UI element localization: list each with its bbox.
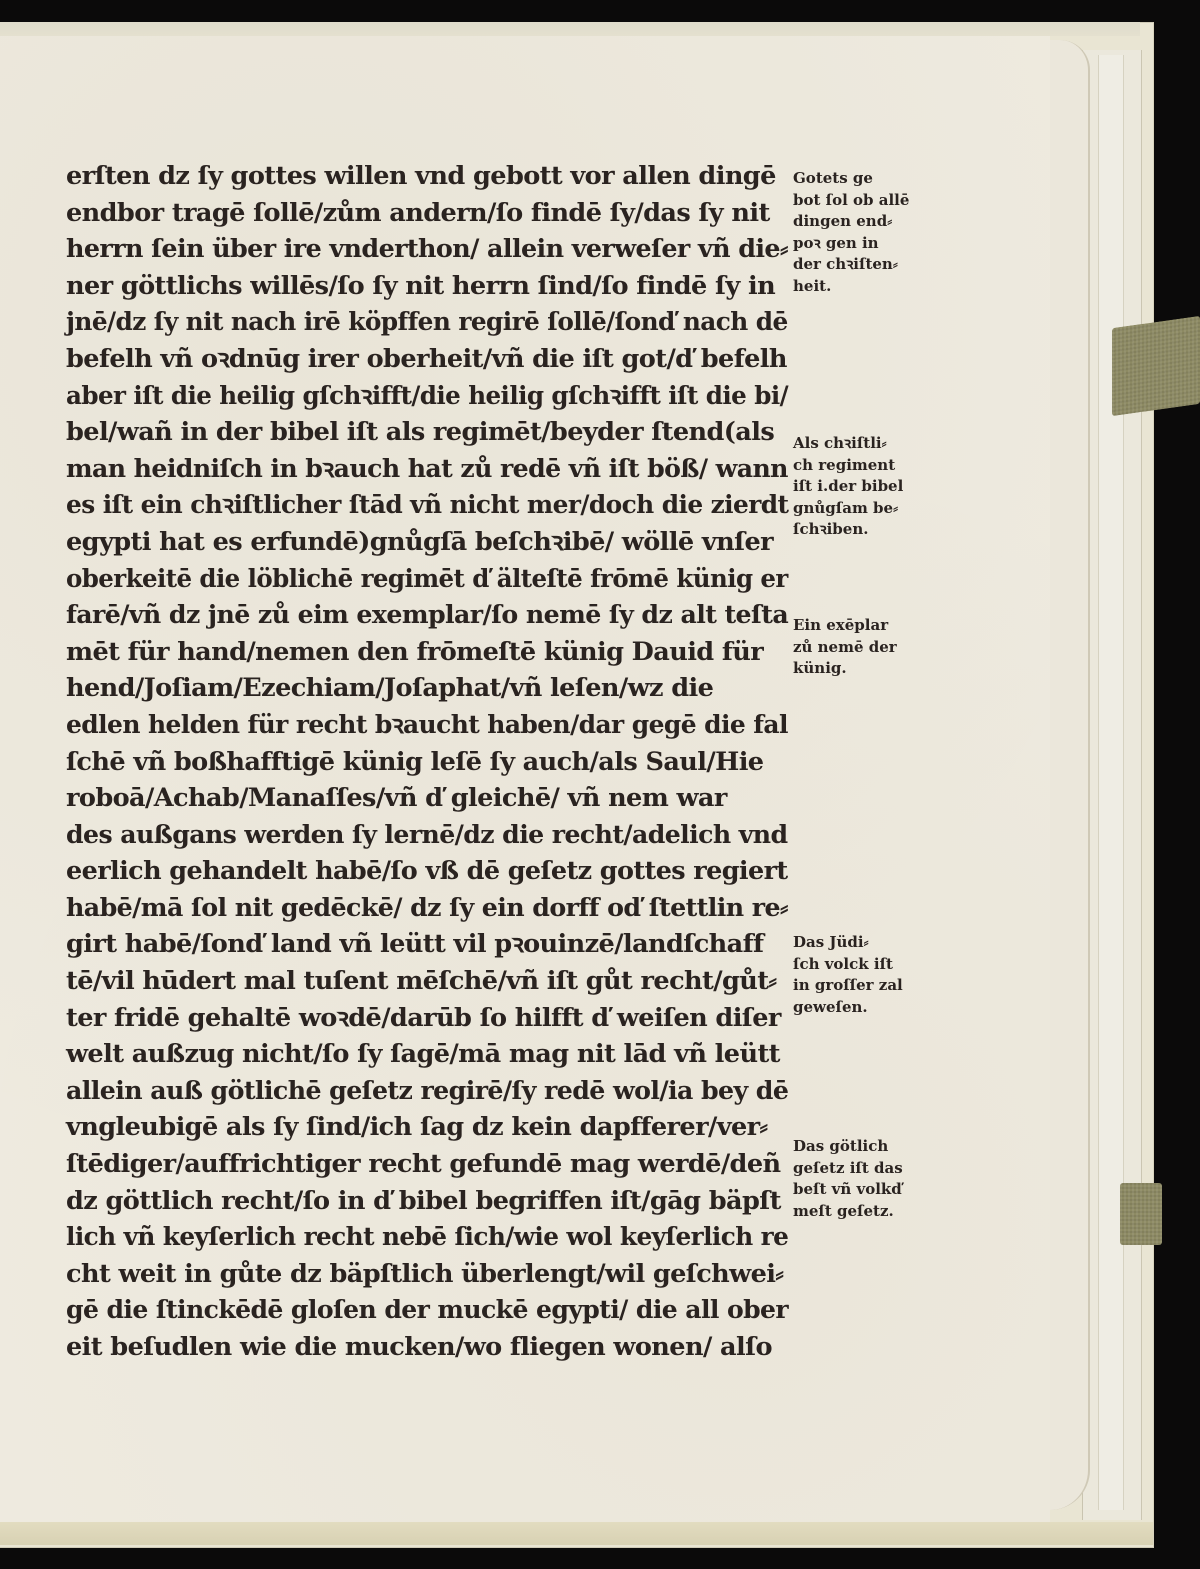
text-line: edlen helden für recht bꝛaucht haben/dar… bbox=[66, 707, 770, 744]
board-bottom-edge bbox=[0, 1522, 1153, 1545]
text-line: habē/mā ſol nit gedēckē/ dz ſy ein dorff… bbox=[66, 890, 780, 927]
text-line: eerlich gehandelt habē/ſo vß dē geſetz g… bbox=[66, 853, 785, 890]
text-line: allein auß götlichē geſetz regirē/ſy red… bbox=[66, 1073, 779, 1110]
note-line: künig. bbox=[793, 658, 943, 680]
text-line: man heidniſch in bꝛauch hat zů redē vñ i… bbox=[66, 451, 777, 488]
ribbon-tab-top bbox=[1112, 316, 1200, 416]
text-line: ſtēdiger/auffrichtiger recht gefundē mag… bbox=[66, 1146, 788, 1183]
text-line: es iſt ein chꝛiſtlicher ſtād vñ nicht me… bbox=[66, 487, 768, 524]
text-line: roboā/Achab/Manaſſes/vñ ď gleichē/ vñ ne… bbox=[66, 780, 788, 817]
main-text-block: erſten dz ſy gottes willen vnd gebott vo… bbox=[66, 158, 786, 1366]
text-line: eit beſudlen wie die mucken/wo fliegen w… bbox=[66, 1329, 788, 1366]
text-line: cht weit in gůte dz bäpſtlich überlengt/… bbox=[66, 1256, 788, 1293]
text-line: gē die ſtinckēdē gloſen der muckē egypti… bbox=[66, 1292, 774, 1329]
text-line: bel/wañ in der bibel iſt als regimēt/bey… bbox=[66, 414, 788, 451]
note-line: bot ſol ob allē bbox=[793, 190, 943, 212]
text-line: girt habē/ſonď land vñ leütt vil pꝛouinz… bbox=[66, 926, 788, 963]
marginal-note-1: Gotets ge bot ſol ob allē dingen end⸗ po… bbox=[793, 168, 943, 297]
note-line: meſt geſetz. bbox=[793, 1201, 943, 1223]
text-line: befelh vñ oꝛdnūg irer oberheit/vñ die iſ… bbox=[66, 341, 788, 378]
note-line: ſchꝛiben. bbox=[793, 519, 943, 541]
note-line: Gotets ge bbox=[793, 168, 943, 190]
note-line: Das götlich bbox=[793, 1136, 943, 1158]
text-line: ſchē vñ boßhafftigē künig leſē ſy auch/a… bbox=[66, 744, 788, 781]
note-line: poꝛ gen in bbox=[793, 233, 943, 255]
note-line: dingen end⸗ bbox=[793, 211, 943, 233]
text-line: egypti hat es erfundē)gnůgſā beſchꝛibē/ … bbox=[66, 524, 788, 561]
marginal-note-3: Ein exēplar zů nemē der künig. bbox=[793, 615, 943, 680]
mount-inner-frame bbox=[1098, 55, 1124, 1510]
text-line: ter fridē gehaltē woꝛdē/darūb ſo hilfft … bbox=[66, 1000, 788, 1037]
note-line: geſetz iſt das bbox=[793, 1158, 943, 1180]
text-line: dz göttlich recht/ſo in ď bibel begriffe… bbox=[66, 1183, 788, 1220]
note-line: Das Jüdi⸗ bbox=[793, 932, 943, 954]
text-line: ner göttlichs willēs/ſo ſy nit herrn ſin… bbox=[66, 268, 788, 305]
note-line: Ein exēplar bbox=[793, 615, 943, 637]
note-line: in groſſer zal bbox=[793, 975, 943, 997]
text-line: welt außzug nicht/ſo ſy ſagē/mā mag nit … bbox=[66, 1036, 788, 1073]
note-line: der chꝛiſten⸗ bbox=[793, 254, 943, 276]
note-line: zů nemē der bbox=[793, 637, 943, 659]
marginal-note-5: Das götlich geſetz iſt das beſt vñ volkď… bbox=[793, 1136, 943, 1222]
note-line: geweſen. bbox=[793, 997, 943, 1019]
text-line: tē/vil hūdert mal tuſent mēſchē/vñ iſt g… bbox=[66, 963, 788, 1000]
text-line: des außgans werden ſy lernē/dz die recht… bbox=[66, 817, 777, 854]
note-line: ch regiment bbox=[793, 455, 943, 477]
text-line: endbor tragē ſollē/zům andern/ſo findē ſ… bbox=[66, 195, 788, 232]
marginal-note-2: Als chꝛiſtli⸗ ch regiment iſt i.der bibe… bbox=[793, 433, 943, 541]
text-line: jnē/dz ſy nit nach irē köpffen regirē ſo… bbox=[66, 304, 766, 341]
note-line: beſt vñ volkď bbox=[793, 1179, 943, 1201]
text-line: herrn ſein über ire vnderthon/ allein ve… bbox=[66, 231, 783, 268]
board-top-edge bbox=[0, 22, 1140, 36]
note-line: gnůgſam be⸗ bbox=[793, 498, 943, 520]
note-line: iſt i.der bibel bbox=[793, 476, 943, 498]
text-line: lich vñ keyſerlich recht nebē ſich/wie w… bbox=[66, 1219, 765, 1256]
text-line: aber iſt die heilig gſchꝛifft/die heilig… bbox=[66, 378, 760, 415]
text-line: hend/Joſiam/Ezechiam/Joſaphat/vñ leſen/w… bbox=[66, 670, 788, 707]
marginal-note-4: Das Jüdi⸗ ſch volck iſt in groſſer zal g… bbox=[793, 932, 943, 1018]
text-line: erſten dz ſy gottes willen vnd gebott vo… bbox=[66, 158, 788, 195]
ribbon-tab-bottom bbox=[1120, 1183, 1162, 1245]
text-line: mēt für hand/nemen den frōmeſtē künig Da… bbox=[66, 634, 788, 671]
text-line: farē/vñ dz jnē zů eim exemplar/ſo nemē ſ… bbox=[66, 597, 779, 634]
note-line: heit. bbox=[793, 276, 943, 298]
text-line: vngleubigē als ſy ſind/ich ſag dz kein d… bbox=[66, 1109, 788, 1146]
note-line: ſch volck iſt bbox=[793, 954, 943, 976]
note-line: Als chꝛiſtli⸗ bbox=[793, 433, 943, 455]
text-line: oberkeitē die löblichē regimēt ď älteſtē… bbox=[66, 561, 757, 598]
